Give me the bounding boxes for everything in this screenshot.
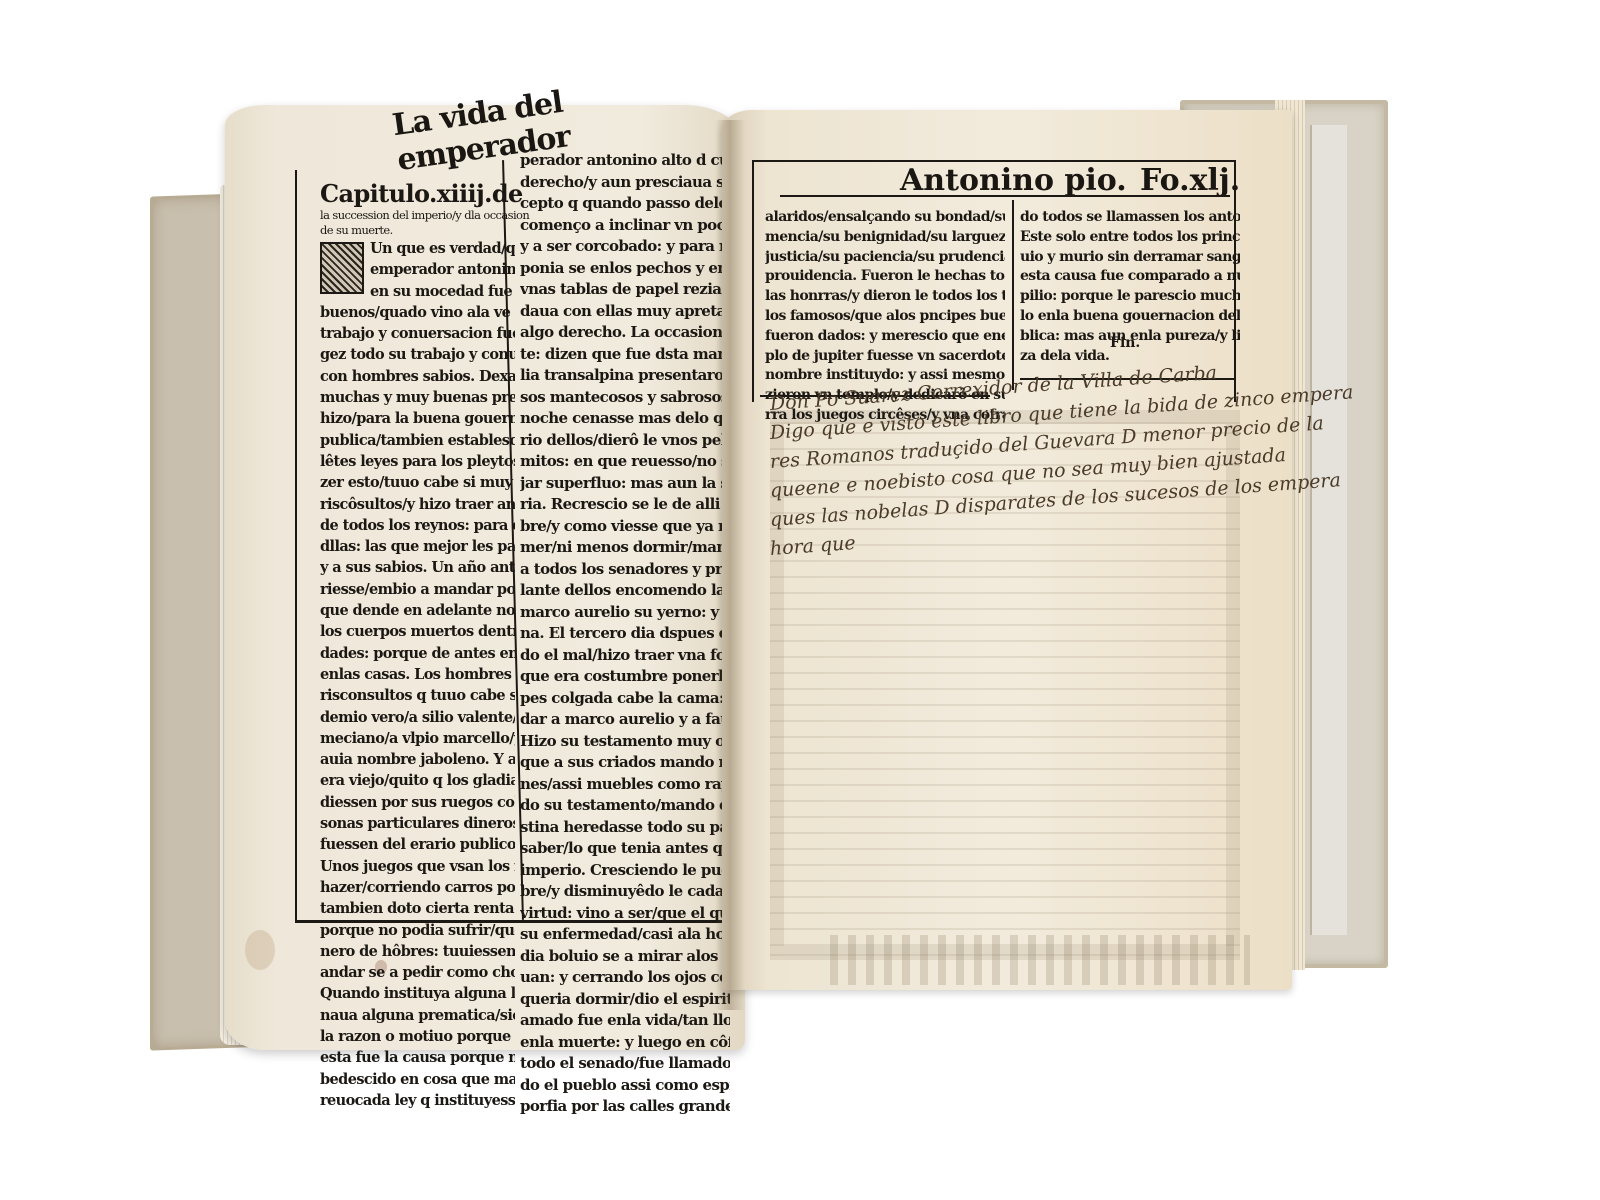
- text-line: enlas casas. Los hombres sabios y ju: [320, 664, 515, 685]
- text-line: los famosos/que alos pncipes buenos: [765, 307, 1005, 327]
- text-line: dar a marco aurelio y a faustina su hija…: [520, 709, 730, 731]
- show-through-ornamental-border: [830, 935, 1250, 985]
- text-line: na. El tercero dia dspues que le auia to: [520, 623, 730, 645]
- text-line: que a sus criados mando muchos do: [520, 752, 730, 774]
- text-line: hazer/corriendo carros por la ciudad:: [320, 877, 515, 898]
- text-line: porque no podia sufrir/que ningun ge: [320, 920, 515, 941]
- text-line: que era costumbre ponerla alos princi: [520, 666, 730, 688]
- text-line: riscôsultos/y hizo traer ante si las ley…: [320, 494, 515, 515]
- text-line: buenos/quado vino ala ve: [320, 302, 515, 323]
- text-line: tambien doto cierta renta pa pagar los:: [320, 898, 515, 919]
- text-line: cepto q quando passo delos setêta años: [520, 193, 730, 215]
- text-line: en su mocedad fue amigo d: [370, 281, 515, 302]
- text-line: dllas: las que mejor les paresciessen a …: [320, 536, 515, 557]
- text-line: y a sus sabios. Un año antes que mu: [320, 557, 515, 578]
- text-line: con hombres sabios. Dexadas a parte: [320, 366, 515, 387]
- text-line: las honrras/y dieron le todos los titu: [765, 287, 1005, 307]
- text-line: queria dormir/dio el espiritu. Quan: [520, 989, 730, 1011]
- text-line: daua con ellas muy apretado: parescia: [520, 301, 730, 323]
- book-gutter-shadow: [715, 120, 745, 1010]
- text-line: justicia/su paciencia/su prudencia: y su: [765, 248, 1005, 268]
- column-divider: [1012, 200, 1014, 390]
- decorated-initial-icon: [320, 242, 364, 294]
- text-line: ria. Recrescio se le de alli vna furiosa…: [520, 494, 730, 516]
- right-running-head: Antonino pio.: [900, 163, 1127, 198]
- text-line: publica/tambien establescio muy excel: [320, 430, 515, 451]
- text-line: lêtes leyes para los pleytos: y para ha: [320, 451, 515, 472]
- text-line: naua alguna prematica/siempre daua: [320, 1005, 515, 1026]
- text-line: do todos se llamassen los antonianos.: [1020, 208, 1240, 228]
- text-line: do el mal/hizo traer vna fortuna de oro: [520, 645, 730, 667]
- text-line: de todos los reynos: para que tomassen: [320, 515, 515, 536]
- text-line: bedescido en cosa que mandasse: ni fue: [320, 1069, 515, 1090]
- fin-mark: Fin.: [1110, 335, 1140, 351]
- text-line: emperador antonino siepre: [370, 259, 515, 280]
- text-line: rio dellos/dierô le vnos peligrosos vo: [520, 430, 730, 452]
- text-line: Este solo entre todos los principes bi: [1020, 228, 1240, 248]
- text-line: fuessen del erario publico pagados.: [320, 834, 515, 855]
- foxing-stain: [245, 930, 275, 970]
- text-line: esta fue la causa porque nunca fue deso: [320, 1047, 515, 1068]
- text-line: plo de jupiter fuesse vn sacerdote de su: [765, 347, 1005, 367]
- text-line: y a ser corcobado: y para remediar esto: [520, 236, 730, 258]
- text-line: mer/ni menos dormir/mando llamar: [520, 537, 730, 559]
- text-line: enla muerte: y luego en côformidad de: [520, 1032, 730, 1054]
- chapter-subtitle-line: la succession del imperio/y dla occasion: [320, 208, 515, 223]
- text-line: alaridos/ensalçando su bondad/su cle: [765, 208, 1005, 228]
- text-line: era viejo/quito q los gladiatores no pu: [320, 770, 515, 791]
- book-photo-scene: La vida del emperador Capitulo.xiiij.de …: [0, 0, 1600, 1200]
- text-line: risconsultos q tuuo cabe si/fueron a vin: [320, 685, 515, 706]
- text-line: fueron dados: y merescio que enel tem: [765, 327, 1005, 347]
- text-line: vnas tablas de papel rezias: y como an: [520, 279, 730, 301]
- text-line: lo enla buena gouernacion dela repu: [1020, 307, 1240, 327]
- text-line: auia nombre jaboleno. Y a tambiê que: [320, 749, 515, 770]
- text-line: meciano/a vlpio marcello/y a otro que: [320, 728, 515, 749]
- text-line: bre/y disminuyêdo le cada hora mas la: [520, 881, 730, 903]
- text-line: Un que es verdad/q el bue: [370, 238, 515, 259]
- text-line: algo derecho. La occasion de su muer: [520, 322, 730, 344]
- text-line: noche cenasse mas delo que era necessa: [520, 408, 730, 430]
- text-line: la razon o motiuo porque la instituya: y: [320, 1026, 515, 1047]
- text-line: ponia se enlos pechos y enlas espaldas: [520, 258, 730, 280]
- text-line: Unos juegos que vsan los romanos: [320, 856, 515, 877]
- text-line: virtud: vino a ser/que el quarto dia de: [520, 903, 730, 925]
- text-line: derecho/y aun presciaua se el dello: ex: [520, 172, 730, 194]
- text-line: te: dizen que fue dsta manera. Dela ga: [520, 344, 730, 366]
- text-line: todo el senado/fue llamado sancto: y to: [520, 1053, 730, 1075]
- text-line: diessen por sus ruegos cohechar a per: [320, 792, 515, 813]
- chapter-subtitle-line: de su muerte.: [320, 223, 515, 238]
- chapter-title: Capitulo.xiiij.de: [320, 180, 515, 208]
- text-line: uan: y cerrando los ojos como que: [520, 967, 730, 989]
- text-line: pilio: porque le parescio mucho/no so: [1020, 287, 1240, 307]
- text-line: Quando instituya alguna ley/o orde: [320, 983, 515, 1004]
- text-line: prouidencia. Fueron le hechas todas: [765, 267, 1005, 287]
- text-line: que dende en adelante no enterassen: [320, 600, 515, 621]
- text-line: porfia por las calles grandes bozes: [520, 1096, 730, 1118]
- text-line: uio y murio sin derramar sangre: y por: [1020, 248, 1240, 268]
- text-line: mencia/su benignidad/su largueza/su: [765, 228, 1005, 248]
- text-line: nes/assi muebles como rayzes: y cerra: [520, 774, 730, 796]
- handwritten-inscription: Don Po Suarez Correxidor de la Villa de …: [770, 390, 1360, 564]
- header-rule: [780, 195, 1230, 197]
- text-line: a todos los senadores y prefectos: y de: [520, 559, 730, 581]
- text-line: andar se a pedir como chocarreros.: [320, 962, 515, 983]
- folio-number: Fo.xlj.: [1140, 163, 1240, 198]
- text-line: nero de hôbres: tuuiessen por officio/de: [320, 941, 515, 962]
- text-line: los cuerpos muertos dentro delas ciu: [320, 621, 515, 642]
- text-line: Hizo su testamento muy ordenado/y: [520, 731, 730, 753]
- text-line: dia boluio se a mirar alos que alli esta: [520, 946, 730, 968]
- text-line: do su testamento/mando que su hija fau: [520, 795, 730, 817]
- text-line: dades: porque de antes enterrauan los: [320, 643, 515, 664]
- text-line: esta causa fue comparado a numa pom: [1020, 267, 1240, 287]
- text-line: començo a inclinar vn poco la cabeça: [520, 215, 730, 237]
- text-line: su enfermedad/casi ala hora del medio: [520, 924, 730, 946]
- text-line: amado fue enla vida/tan llorado fue: [520, 1010, 730, 1032]
- left-column-a: Capitulo.xiiij.de la succession del impe…: [320, 180, 515, 1111]
- text-line: sos mantecosos y sabrosos: y como vna: [520, 387, 730, 409]
- text-line: bre/y como viesse que ya no podia co: [520, 516, 730, 538]
- text-line: reuocada ley q instituyesse. Fue el em: [320, 1090, 515, 1111]
- text-line: trabajo y conuersacion fue: [320, 323, 515, 344]
- text-line: zer esto/tuuo cabe si muy notables ju: [320, 472, 515, 493]
- text-line: perador antonino alto d cuerpo/y muy: [520, 150, 730, 172]
- text-line: sonas particulares dineros: sino que: [320, 813, 515, 834]
- left-column-b: perador antonino alto d cuerpo/y muy der…: [520, 150, 730, 1118]
- text-line: lante dellos encomendo la republica a: [520, 580, 730, 602]
- text-line: mitos: en que reuesso/no solo el man: [520, 451, 730, 473]
- text-line: riesse/embio a mandar por toda ytalia/: [320, 579, 515, 600]
- text-line: lia transalpina presentaron le vnos que: [520, 365, 730, 387]
- text-line: marco aurelio su yerno: y a su hija fau: [520, 602, 730, 624]
- text-line: imperio. Cresciendo le pues mas la fie: [520, 860, 730, 882]
- text-line: muchas y muy buenas prematicas que: [320, 387, 515, 408]
- text-line: pes colgada cabe la cama: y mando la: [520, 688, 730, 710]
- text-line: stina heredasse todo su patrimonio: es a: [520, 817, 730, 839]
- text-line: do el pueblo assi como espiro/dauan a: [520, 1075, 730, 1097]
- text-line: hizo/para la buena gouernació dela re: [320, 408, 515, 429]
- text-line: saber/lo que tenia antes que viniesse al: [520, 838, 730, 860]
- text-line: gez todo su trabajo y conuersacio: [320, 344, 515, 365]
- text-line: demio vero/a silio valente/a bolusio: [320, 707, 515, 728]
- text-line: jar superfluo: mas aun la sangre necessa: [520, 473, 730, 495]
